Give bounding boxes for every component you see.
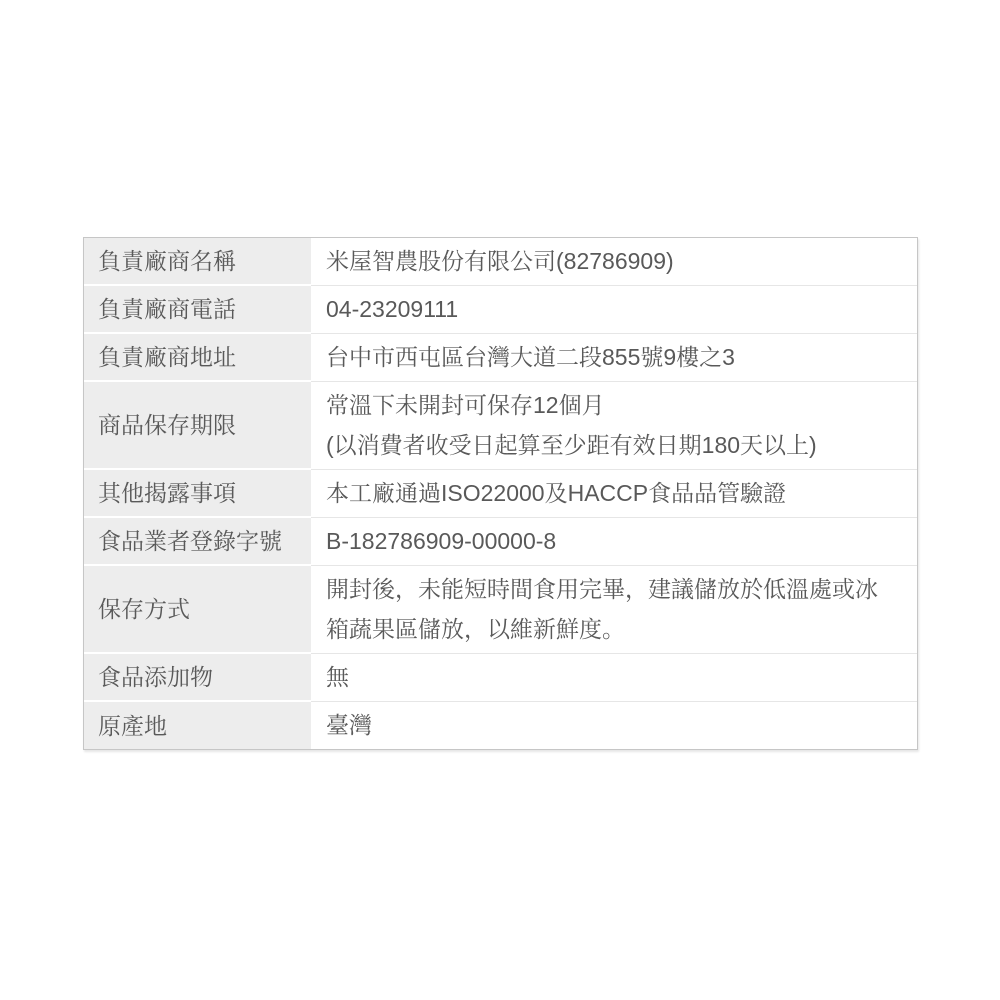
spec-value: 無 [311,654,917,702]
table-row: 食品業者登錄字號 B-182786909-00000-8 [84,518,917,566]
spec-label: 負責廠商地址 [84,334,311,382]
table-row: 負責廠商地址 台中市西屯區台灣大道二段855號9樓之3 [84,334,917,382]
table-row: 食品添加物 無 [84,654,917,702]
table-row: 其他揭露事項 本工廠通過ISO22000及HACCP食品品管驗證 [84,470,917,518]
product-spec-table: 負責廠商名稱 米屋智農股份有限公司(82786909) 負責廠商電話 04-23… [83,237,918,750]
page: 負責廠商名稱 米屋智農股份有限公司(82786909) 負責廠商電話 04-23… [0,0,1000,1000]
spec-label: 負責廠商電話 [84,286,311,334]
spec-label: 商品保存期限 [84,382,311,470]
spec-value: 台中市西屯區台灣大道二段855號9樓之3 [311,334,917,382]
spec-value: 臺灣 [311,702,917,749]
table-row: 原產地 臺灣 [84,702,917,749]
table-row: 商品保存期限 常溫下未開封可保存12個月 (以消費者收受日起算至少距有效日期18… [84,382,917,470]
spec-label: 負責廠商名稱 [84,238,311,286]
spec-value: 米屋智農股份有限公司(82786909) [311,238,917,286]
spec-value: 本工廠通過ISO22000及HACCP食品品管驗證 [311,470,917,518]
table-row: 負責廠商電話 04-23209111 [84,286,917,334]
spec-label: 其他揭露事項 [84,470,311,518]
spec-value: 開封後，未能短時間食用完畢，建議儲放於低溫處或冰箱蔬果區儲放，以維新鮮度。 [311,566,917,654]
spec-label: 食品添加物 [84,654,311,702]
table-row: 保存方式 開封後，未能短時間食用完畢，建議儲放於低溫處或冰箱蔬果區儲放，以維新鮮… [84,566,917,654]
spec-label: 原產地 [84,702,311,749]
spec-label: 保存方式 [84,566,311,654]
spec-value: 常溫下未開封可保存12個月 (以消費者收受日起算至少距有效日期180天以上) [311,382,917,470]
spec-value: B-182786909-00000-8 [311,518,917,566]
table-row: 負責廠商名稱 米屋智農股份有限公司(82786909) [84,238,917,286]
spec-table-body: 負責廠商名稱 米屋智農股份有限公司(82786909) 負責廠商電話 04-23… [84,238,917,749]
spec-value: 04-23209111 [311,286,917,334]
spec-label: 食品業者登錄字號 [84,518,311,566]
